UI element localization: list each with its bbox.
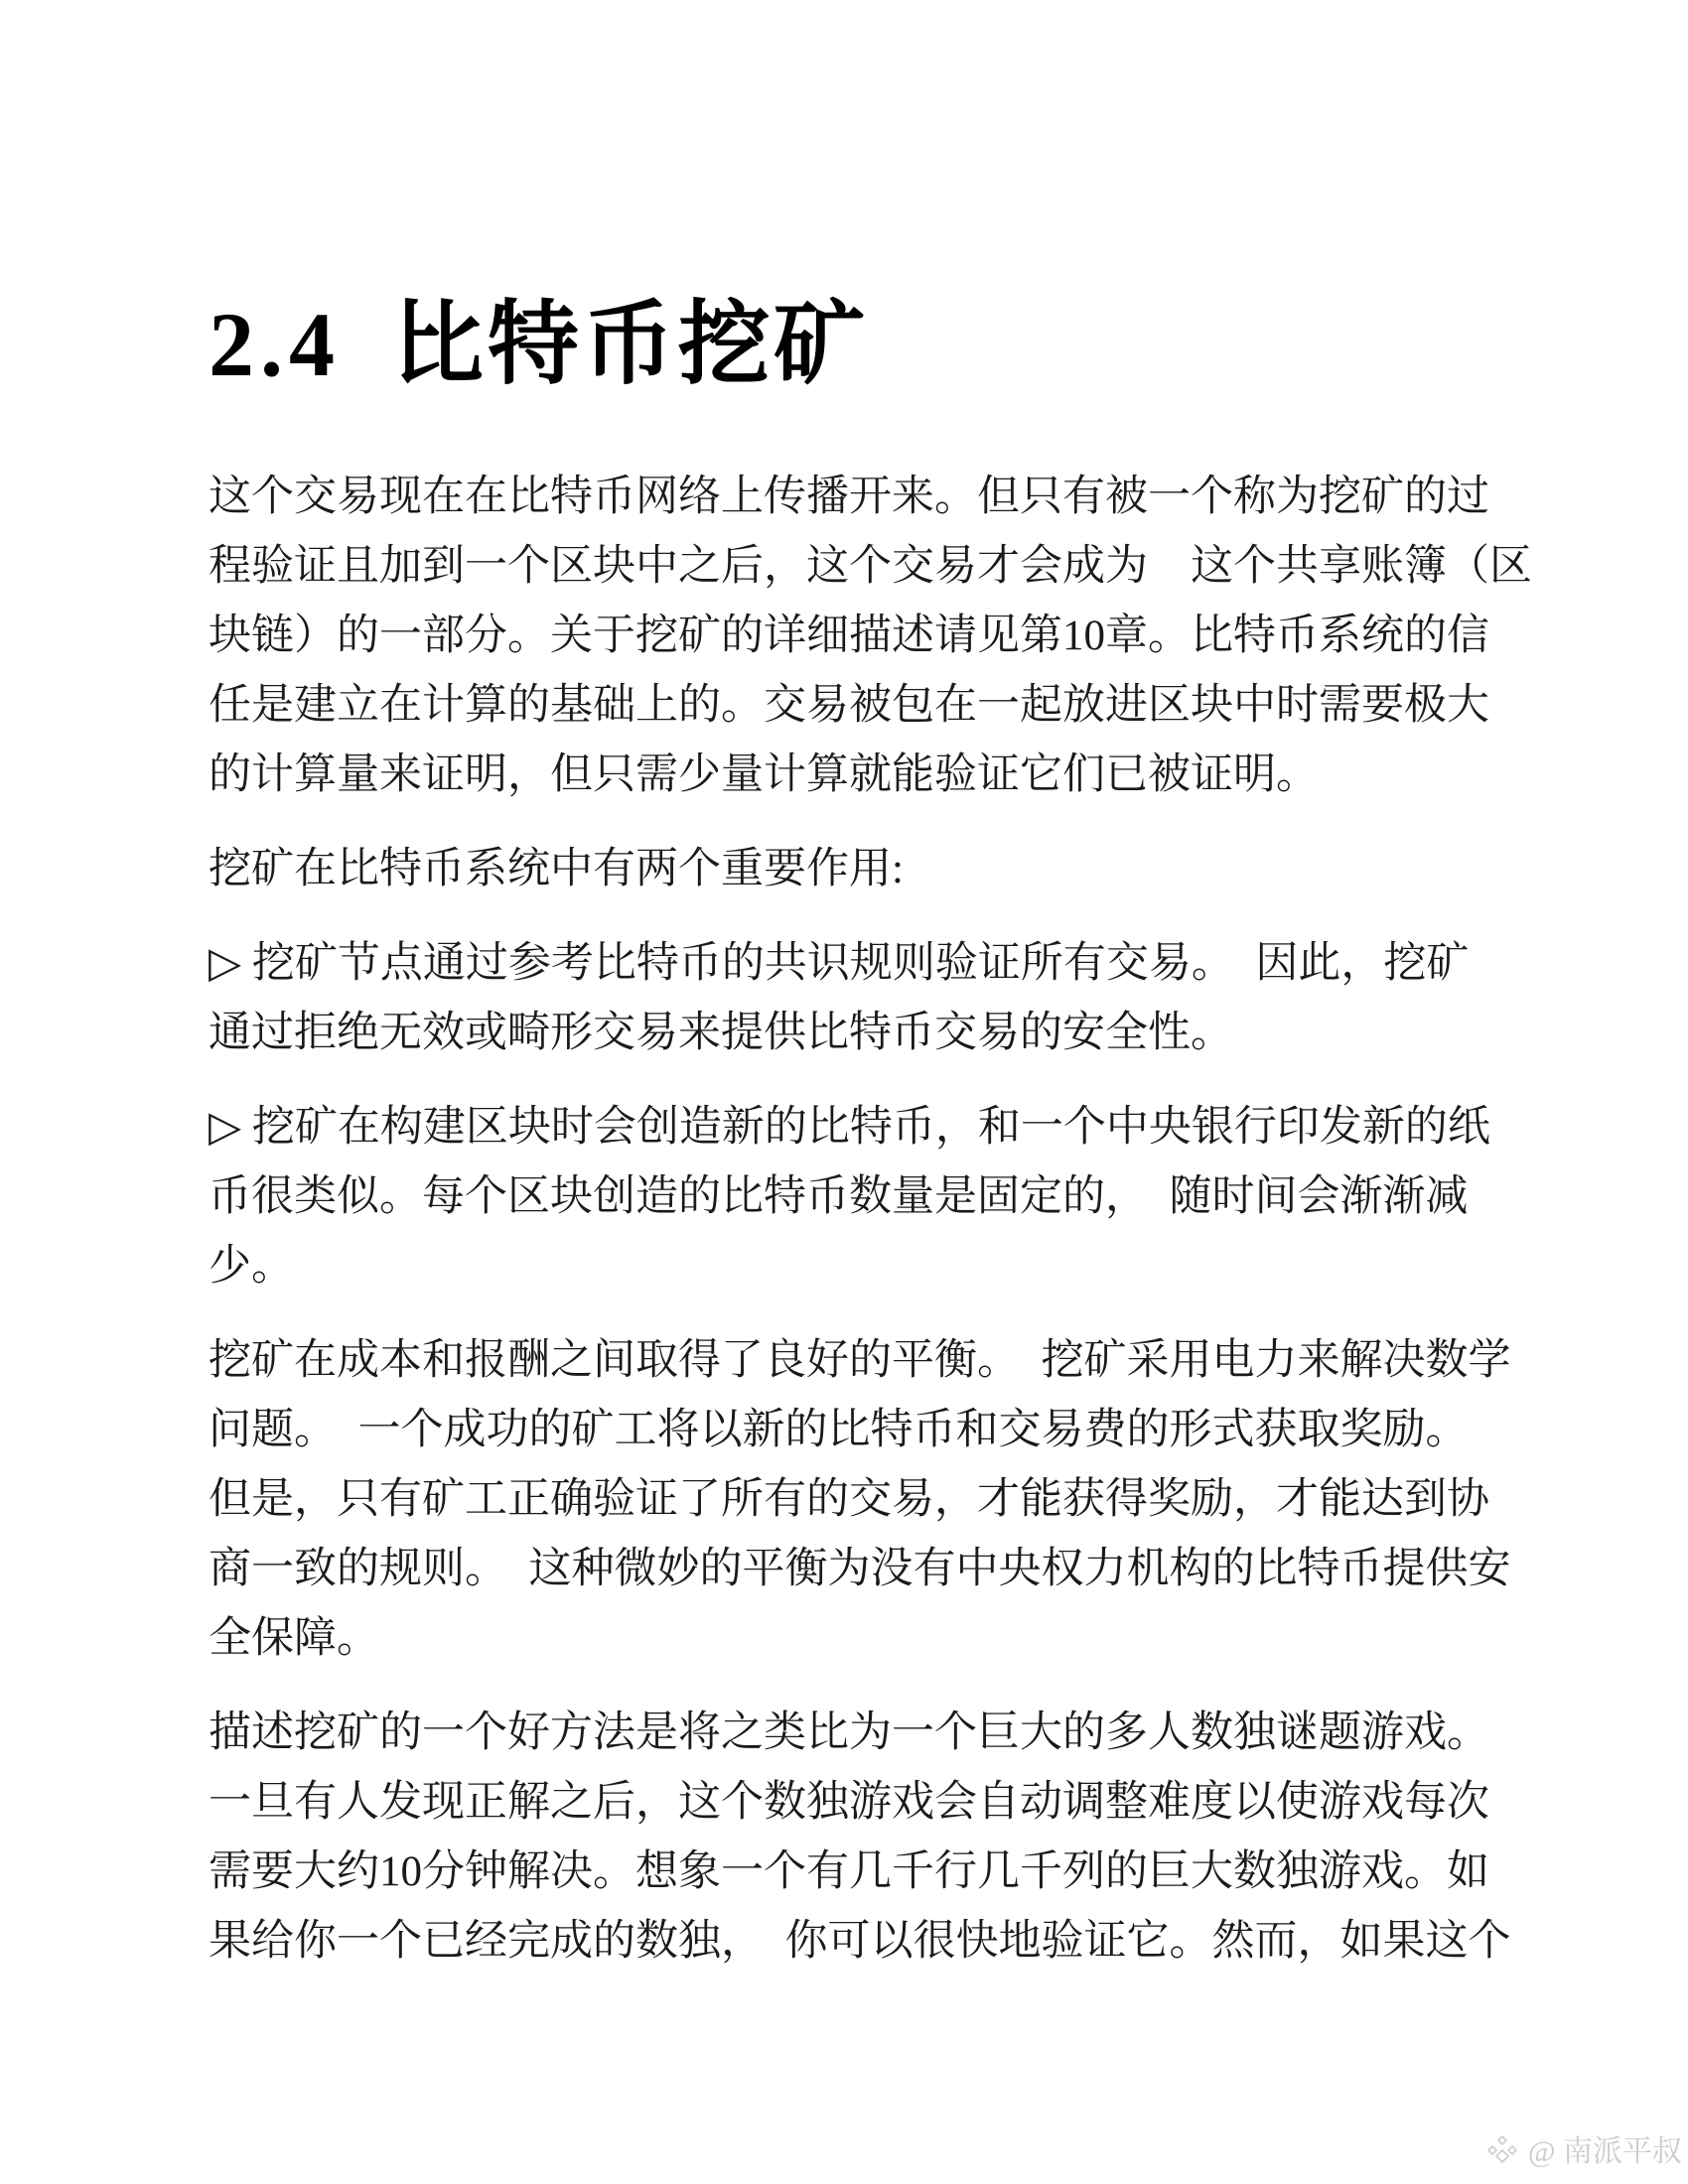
text-line: 这个交易现在在比特币网络上传播开来。但只有被一个称为挖矿的过 [209,463,1539,532]
section-number: 2.4 [209,294,341,395]
document-page: 2.4比特币挖矿 这个交易现在在比特币网络上传播开来。但只有被一个称为挖矿的过 … [0,0,1688,2184]
text-line: 的计算量来证明，但只需少量计算就能验证它们已被证明。 [209,741,1539,810]
page-content: 2.4比特币挖矿 这个交易现在在比特币网络上传播开来。但只有被一个称为挖矿的过 … [209,296,1539,1977]
text-line: 描述挖矿的一个好方法是将之类比为一个巨大的多人数独谜题游戏。 [209,1699,1539,1768]
bullet-item: ▷ 挖矿在构建区块时会创造新的比特币，和一个中央银行印发新的纸 币很类似。每个区… [209,1093,1539,1301]
text-line: 程验证且加到一个区块中之后，这个交易才会成为 这个共享账簿（区 [209,532,1539,602]
text-line: ▷ 挖矿节点通过参考比特币的共识规则验证所有交易。 因此，挖矿 [209,929,1539,999]
text-line: 但是，只有矿工正确验证了所有的交易，才能获得奖励，才能达到协 [209,1465,1539,1535]
paragraph: 这个交易现在在比特币网络上传播开来。但只有被一个称为挖矿的过 程验证且加到一个区… [209,463,1539,810]
text-line: 需要大约10分钟解决。想象一个有几千行几千列的巨大数独游戏。如 [209,1838,1539,1907]
text-line: 通过拒绝无效或畸形交易来提供比特币交易的安全性。 [209,999,1539,1068]
section-heading: 2.4比特币挖矿 [209,296,1539,393]
text-line: 一旦有人发现正解之后，这个数独游戏会自动调整难度以使游戏每次 [209,1768,1539,1838]
text-line: 果给你一个已经完成的数独， 你可以很快地验证它。然而，如果这个 [209,1907,1539,1977]
diamond-logo-icon [1484,2134,1520,2170]
text-line: 商一致的规则。 这种微妙的平衡为没有中央权力机构的比特币提供安 [209,1535,1539,1604]
text-line: 问题。 一个成功的矿工将以新的比特币和交易费的形式获取奖励。 [209,1396,1539,1465]
text-line: 挖矿在成本和报酬之间取得了良好的平衡。 挖矿采用电力来解决数学 [209,1326,1539,1396]
watermark-handle: @ 南派平叔 [1528,2137,1682,2167]
text-line: 全保障。 [209,1604,1539,1674]
watermark: @ 南派平叔 [1484,2134,1682,2170]
text-line: 任是建立在计算的基础上的。交易被包在一起放进区块中时需要极大 [209,671,1539,741]
paragraph: 描述挖矿的一个好方法是将之类比为一个巨大的多人数独谜题游戏。 一旦有人发现正解之… [209,1699,1539,1977]
section-title: 比特币挖矿 [392,294,869,395]
paragraph: 挖矿在比特币系统中有两个重要作用: [209,835,1539,904]
text-line: 币很类似。每个区块创造的比特币数量是固定的， 随时间会渐渐减 [209,1162,1539,1232]
text-line: ▷ 挖矿在构建区块时会创造新的比特币，和一个中央银行印发新的纸 [209,1093,1539,1162]
text-line: 块链）的一部分。关于挖矿的详细描述请见第10章。比特币系统的信 [209,602,1539,671]
paragraph: 挖矿在成本和报酬之间取得了良好的平衡。 挖矿采用电力来解决数学 问题。 一个成功… [209,1326,1539,1674]
text-line: 挖矿在比特币系统中有两个重要作用: [209,835,1539,904]
text-line: 少。 [209,1232,1539,1301]
bullet-item: ▷ 挖矿节点通过参考比特币的共识规则验证所有交易。 因此，挖矿 通过拒绝无效或畸… [209,929,1539,1068]
